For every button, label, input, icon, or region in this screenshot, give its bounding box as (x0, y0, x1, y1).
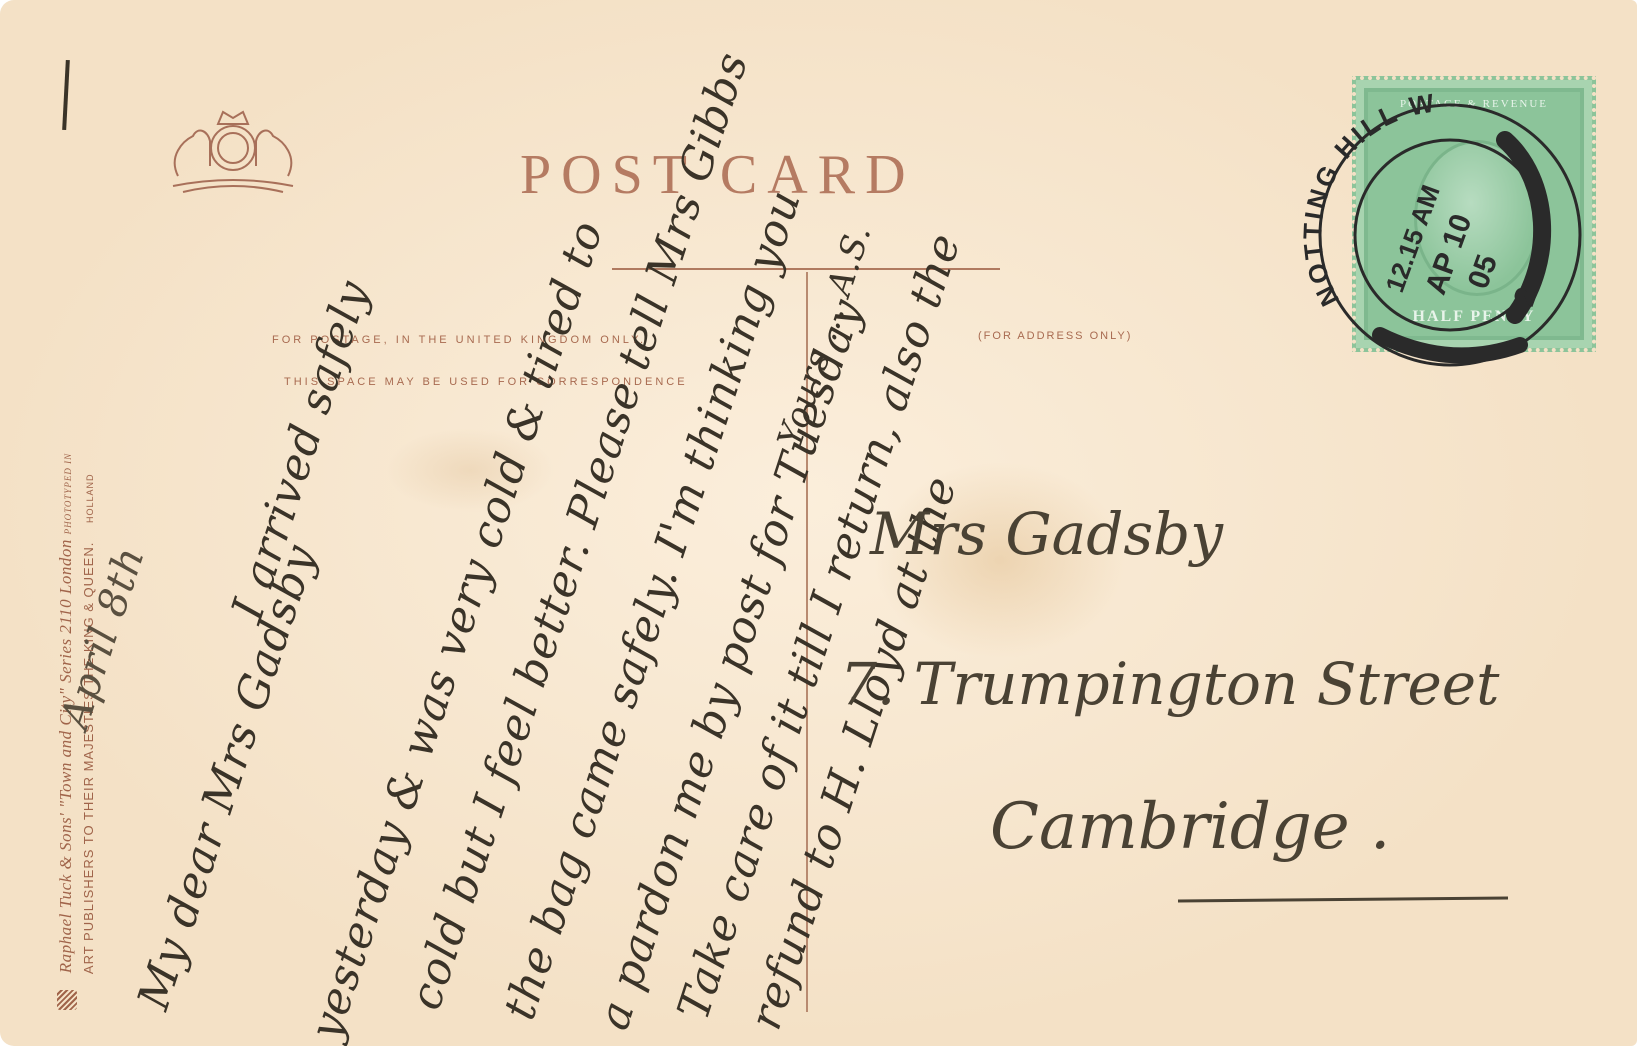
postmark-cancellation: NOTTING HILL W 12.15 AM AP 10 05 2 (1300, 70, 1600, 390)
ink-stroke (62, 60, 70, 130)
postcard-back: Raphael Tuck & Sons' "Town and City" Ser… (0, 0, 1637, 1046)
royal-coat-of-arms-icon (158, 96, 308, 196)
address-name: Mrs Gadsby (870, 500, 1223, 568)
address-only-label: (FOR ADDRESS ONLY) (978, 330, 1132, 342)
publisher-line-1: Raphael Tuck & Sons' "Town and City" Ser… (56, 539, 75, 973)
publisher-holland: HOLLAND (85, 474, 95, 524)
tuck-easel-logo-icon (57, 990, 77, 1010)
address-city: Cambridge . (990, 790, 1390, 864)
address-underline (1178, 897, 1508, 903)
postmark-year: 05 (1462, 250, 1504, 293)
address-street: 7. Trumpington Street (840, 650, 1499, 718)
publisher-phototyped: PHOTOTYPED IN (63, 453, 73, 535)
